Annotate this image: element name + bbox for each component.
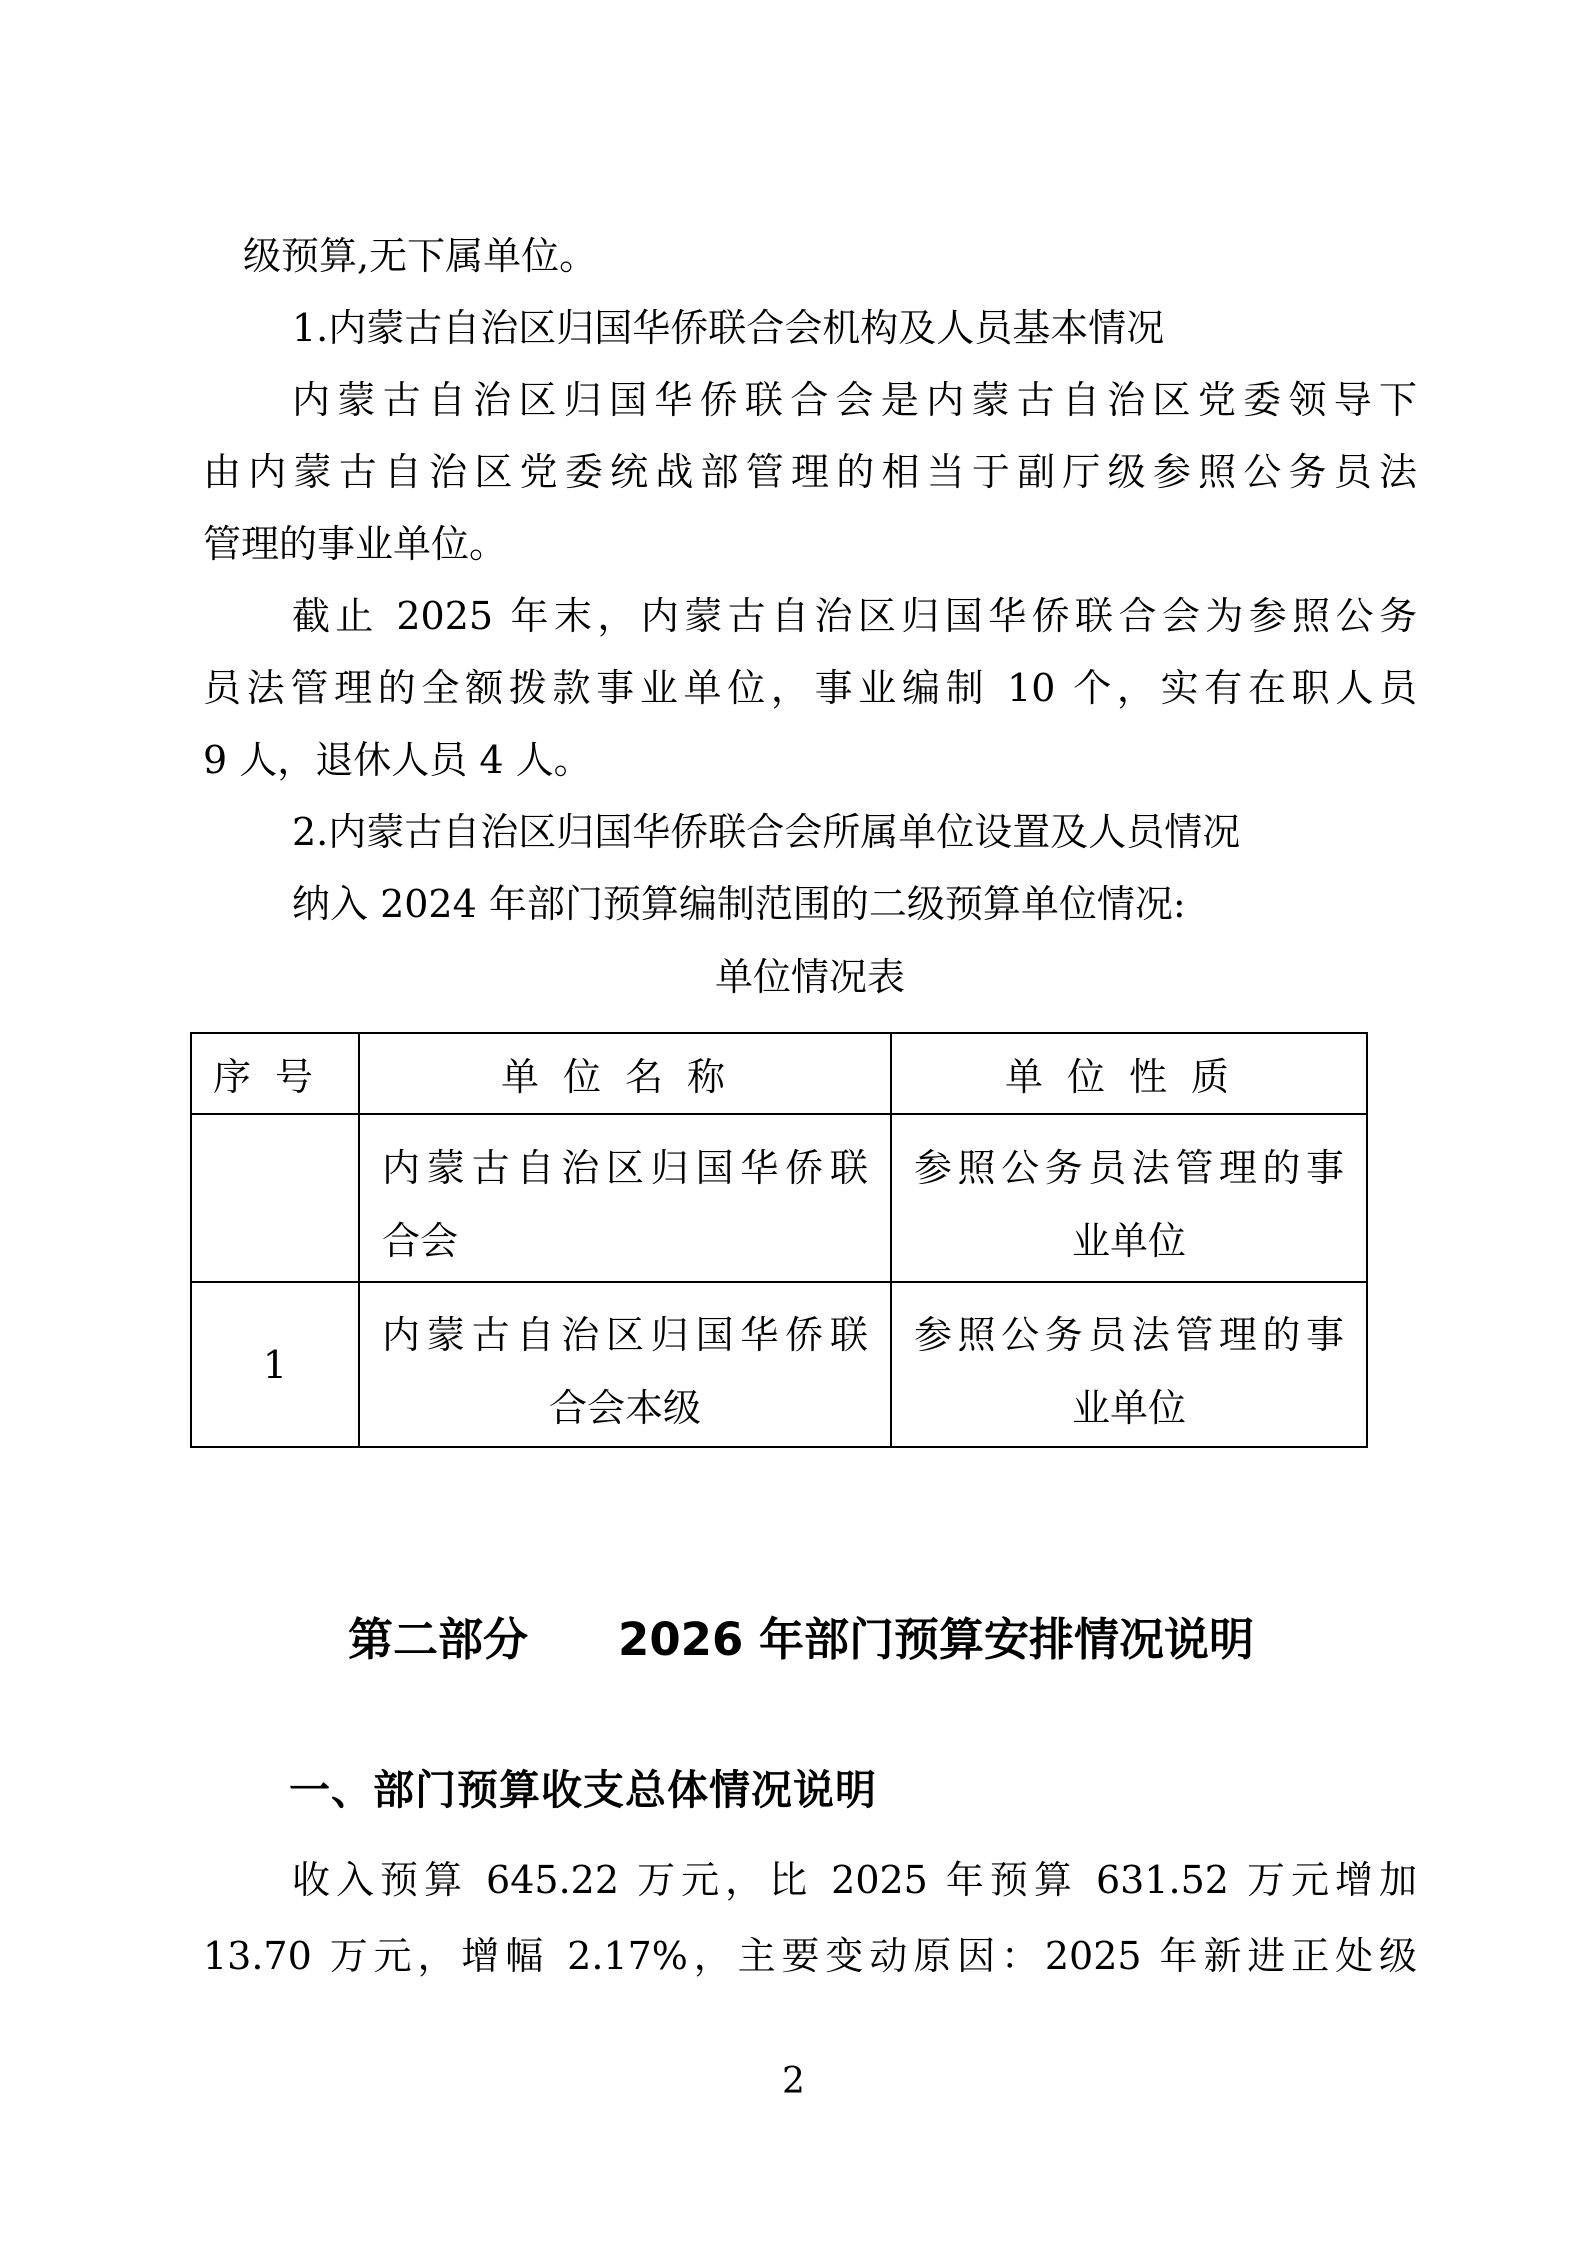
- body-line: 级预算,无下属单位。: [203, 220, 1417, 292]
- cell-unit-type: 参照公务员法管理的事 业单位: [891, 1114, 1367, 1282]
- unit-name-line: 内蒙古自治区归国华侨联: [382, 1299, 868, 1372]
- unit-type-line: 参照公务员法管理的事: [914, 1299, 1344, 1372]
- cell-no: 1: [191, 1282, 359, 1447]
- body-line: 截止 2025 年末，内蒙古自治区归国华侨联合会为参照公务: [203, 580, 1417, 652]
- unit-name-line: 合会: [382, 1205, 868, 1278]
- sub-heading: 一、部门预算收支总体情况说明: [203, 1752, 1417, 1828]
- section-heading: 第二部分 2026 年部门预算安排情况说明: [194, 1598, 1408, 1682]
- table-row: 内蒙古自治区归国华侨联 合会 参照公务员法管理的事 业单位: [191, 1114, 1367, 1282]
- body-line: 9 人，退休人员 4 人。: [203, 724, 1417, 796]
- body-line: 内蒙古自治区归国华侨联合会是内蒙古自治区党委领导下: [203, 364, 1417, 436]
- cell-unit-type: 参照公务员法管理的事 业单位: [891, 1282, 1367, 1447]
- unit-name-line: 内蒙古自治区归国华侨联: [382, 1132, 868, 1205]
- unit-table: 序号 单位名称 单位性质 内蒙古自治区归国华侨联 合会 参照公务员法管理的事 业…: [190, 1032, 1368, 1448]
- body-line: 员法管理的全额拨款事业单位，事业编制 10 个，实有在职人员: [203, 652, 1417, 724]
- cell-unit-name: 内蒙古自治区归国华侨联 合会本级: [359, 1282, 891, 1447]
- table-header-row: 序号 单位名称 单位性质: [191, 1033, 1367, 1114]
- body-line: 管理的事业单位。: [203, 508, 1417, 580]
- col-header-no: 序号: [191, 1033, 359, 1114]
- body-line: 13.70 万元，增幅 2.17%，主要变动原因：2025 年新进正处级: [203, 1918, 1417, 1994]
- body-line: 由内蒙古自治区党委统战部管理的相当于副厅级参照公务员法: [203, 436, 1417, 508]
- unit-type-text: 参照公务员法管理的事 业单位: [892, 1115, 1366, 1281]
- cell-no: [191, 1114, 359, 1282]
- body-text-block: 级预算,无下属单位。 1.内蒙古自治区归国华侨联合会机构及人员基本情况 内蒙古自…: [203, 220, 1417, 940]
- page-number: 2: [0, 2062, 1587, 2102]
- body-text-block-2: 收入预算 645.22 万元，比 2025 年预算 631.52 万元增加 13…: [203, 1842, 1417, 1994]
- table-title: 单位情况表: [203, 941, 1417, 1013]
- unit-type-line: 业单位: [914, 1205, 1344, 1278]
- col-header-name: 单位名称: [359, 1033, 891, 1114]
- unit-type-text: 参照公务员法管理的事 业单位: [892, 1283, 1366, 1446]
- col-header-type: 单位性质: [891, 1033, 1367, 1114]
- table-row: 1 内蒙古自治区归国华侨联 合会本级 参照公务员法管理的事 业单位: [191, 1282, 1367, 1447]
- unit-name-line: 合会本级: [382, 1372, 868, 1445]
- body-line: 1.内蒙古自治区归国华侨联合会机构及人员基本情况: [203, 292, 1417, 364]
- body-line: 2.内蒙古自治区归国华侨联合会所属单位设置及人员情况: [203, 796, 1417, 868]
- cell-unit-name: 内蒙古自治区归国华侨联 合会: [359, 1114, 891, 1282]
- unit-name-text: 内蒙古自治区归国华侨联 合会: [360, 1115, 890, 1281]
- document-page: 级预算,无下属单位。 1.内蒙古自治区归国华侨联合会机构及人员基本情况 内蒙古自…: [0, 0, 1587, 2245]
- unit-name-text: 内蒙古自治区归国华侨联 合会本级: [360, 1283, 890, 1446]
- body-line: 收入预算 645.22 万元，比 2025 年预算 631.52 万元增加: [203, 1842, 1417, 1918]
- body-line: 纳入 2024 年部门预算编制范围的二级预算单位情况:: [203, 868, 1417, 940]
- unit-type-line: 业单位: [914, 1372, 1344, 1445]
- unit-type-line: 参照公务员法管理的事: [914, 1132, 1344, 1205]
